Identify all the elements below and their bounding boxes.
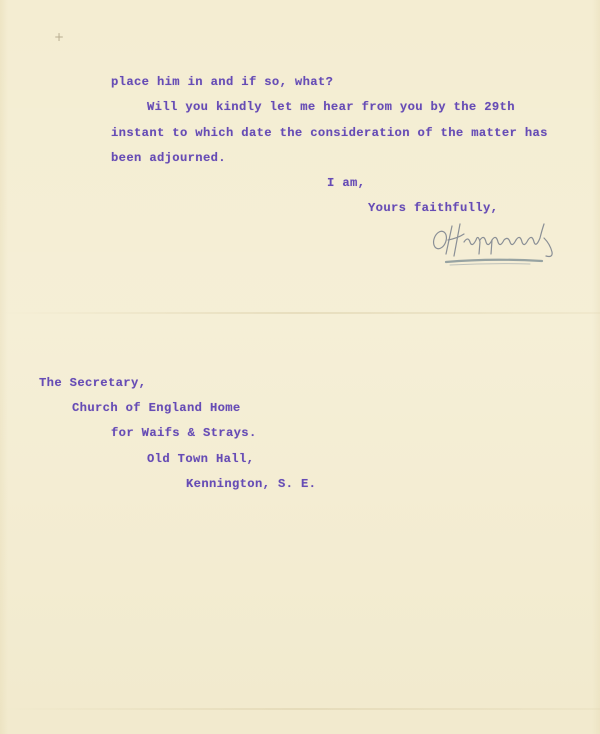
paper-fold [0,312,600,314]
body-line: Will you kindly let me hear from you by … [147,100,515,114]
letter-page: + place him in and if so, what? Will you… [0,0,600,734]
address-line: Old Town Hall, [147,452,254,466]
paper-fold [0,708,600,710]
address-line: for Waifs & Strays. [111,426,257,440]
body-line: place him in and if so, what? [111,75,333,89]
address-line: Church of England Home [72,401,241,415]
closing-line: I am, [327,176,365,190]
address-line: The Secretary, [39,376,146,390]
body-line: been adjourned. [111,151,226,165]
address-line: Kennington, S. E. [186,477,316,491]
signature-icon [430,220,565,270]
closing-line: Yours faithfully, [368,201,498,215]
corner-mark: + [54,30,64,44]
body-line: instant to which date the consideration … [111,126,548,140]
